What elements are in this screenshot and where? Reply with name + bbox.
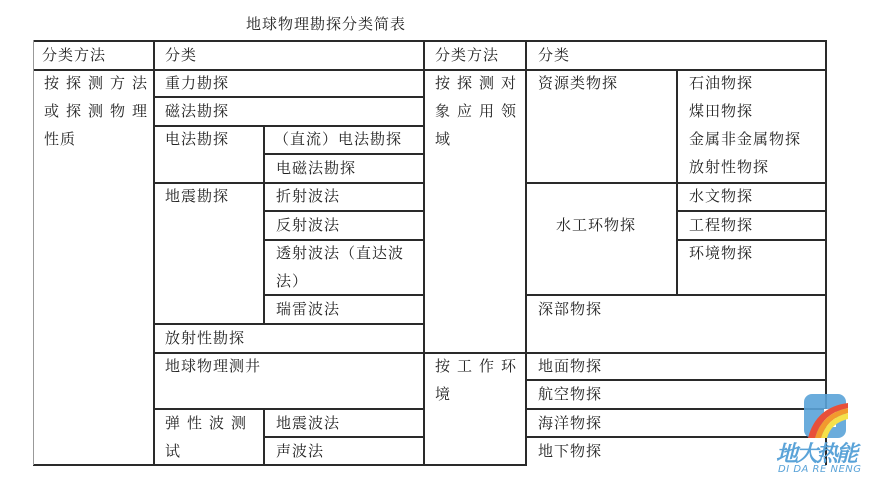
header-category-right: 分类 [538,41,570,69]
marine-survey: 海洋物探 [538,409,602,437]
seismic-wave-method: 地震波法 [276,409,340,437]
col-divider-mid [423,40,425,465]
table-bottom-border [33,464,426,466]
petroleum-survey: 石油物探 [689,69,753,97]
left-outer-border [33,40,34,465]
radioactive-resource-survey: 放射性物探 [689,153,769,181]
header-method-left: 分类方法 [42,41,106,69]
transmission-method-line-2: 法） [276,267,308,295]
electric-survey: 电法勘探 [165,125,229,153]
environmental-survey: 环境物探 [689,239,753,267]
elastic-wave-test-line-2: 试 [165,437,181,465]
table-bottom-border-right [424,464,527,466]
coal-survey: 煤田物探 [689,97,753,125]
right-outer-border [825,40,827,354]
dc-electric-survey: （直流）电法勘探 [274,125,402,153]
method-by-object-line-1: 按探测对 [435,69,523,97]
watermark-logo: 地大热能 DI DA RE NENG [800,393,879,489]
metal-nonmetal-survey: 金属非金属物探 [689,125,801,153]
engineering-survey: 工程物探 [689,211,753,239]
radioactive-survey: 放射性勘探 [165,324,245,352]
transmission-method-line-1: 透射波法（直达波 [276,239,404,267]
underground-survey: 地下物探 [538,437,602,465]
elastic-wave-test-line-1: 弹性波测 [165,409,253,437]
method-by-physical-line-3: 性质 [44,125,76,153]
header-method-right: 分类方法 [435,41,499,69]
col-divider-3 [525,40,527,465]
method-by-physical-line-2: 或探测物理 [44,97,154,125]
watermark-en: DI DA RE NENG [778,464,862,475]
well-logging: 地球物理测井 [165,352,261,380]
resource-survey: 资源类物探 [538,69,618,97]
header-category-left: 分类 [165,41,197,69]
subcol-line [263,182,265,324]
airborne-survey: 航空物探 [538,380,602,408]
magnetic-survey: 磁法勘探 [165,97,229,125]
method-by-object-line-2: 象应用领 [435,97,523,125]
ground-survey: 地面物探 [538,352,602,380]
method-by-environment-line-2: 境 [435,380,451,408]
method-by-environment-line-1: 按工作环 [435,352,523,380]
hydro-eng-env-survey: 水工环物探 [556,211,636,239]
em-survey: 电磁法勘探 [276,154,356,182]
refraction-method: 折射波法 [276,182,340,210]
page-title: 地球物理勘探分类简表 [246,13,406,34]
deep-survey: 深部物探 [538,295,602,323]
reflection-method: 反射波法 [276,211,340,239]
seismic-survey: 地震勘探 [165,182,229,210]
row-line [525,182,827,184]
rayleigh-method: 瑞雷波法 [276,295,340,323]
method-by-object-line-3: 域 [435,125,451,153]
method-by-physical-line-1: 按探测方法 [44,69,154,97]
gravity-survey: 重力勘探 [165,69,229,97]
hydrological-survey: 水文物探 [689,182,753,210]
acoustic-wave-method: 声波法 [276,437,324,465]
